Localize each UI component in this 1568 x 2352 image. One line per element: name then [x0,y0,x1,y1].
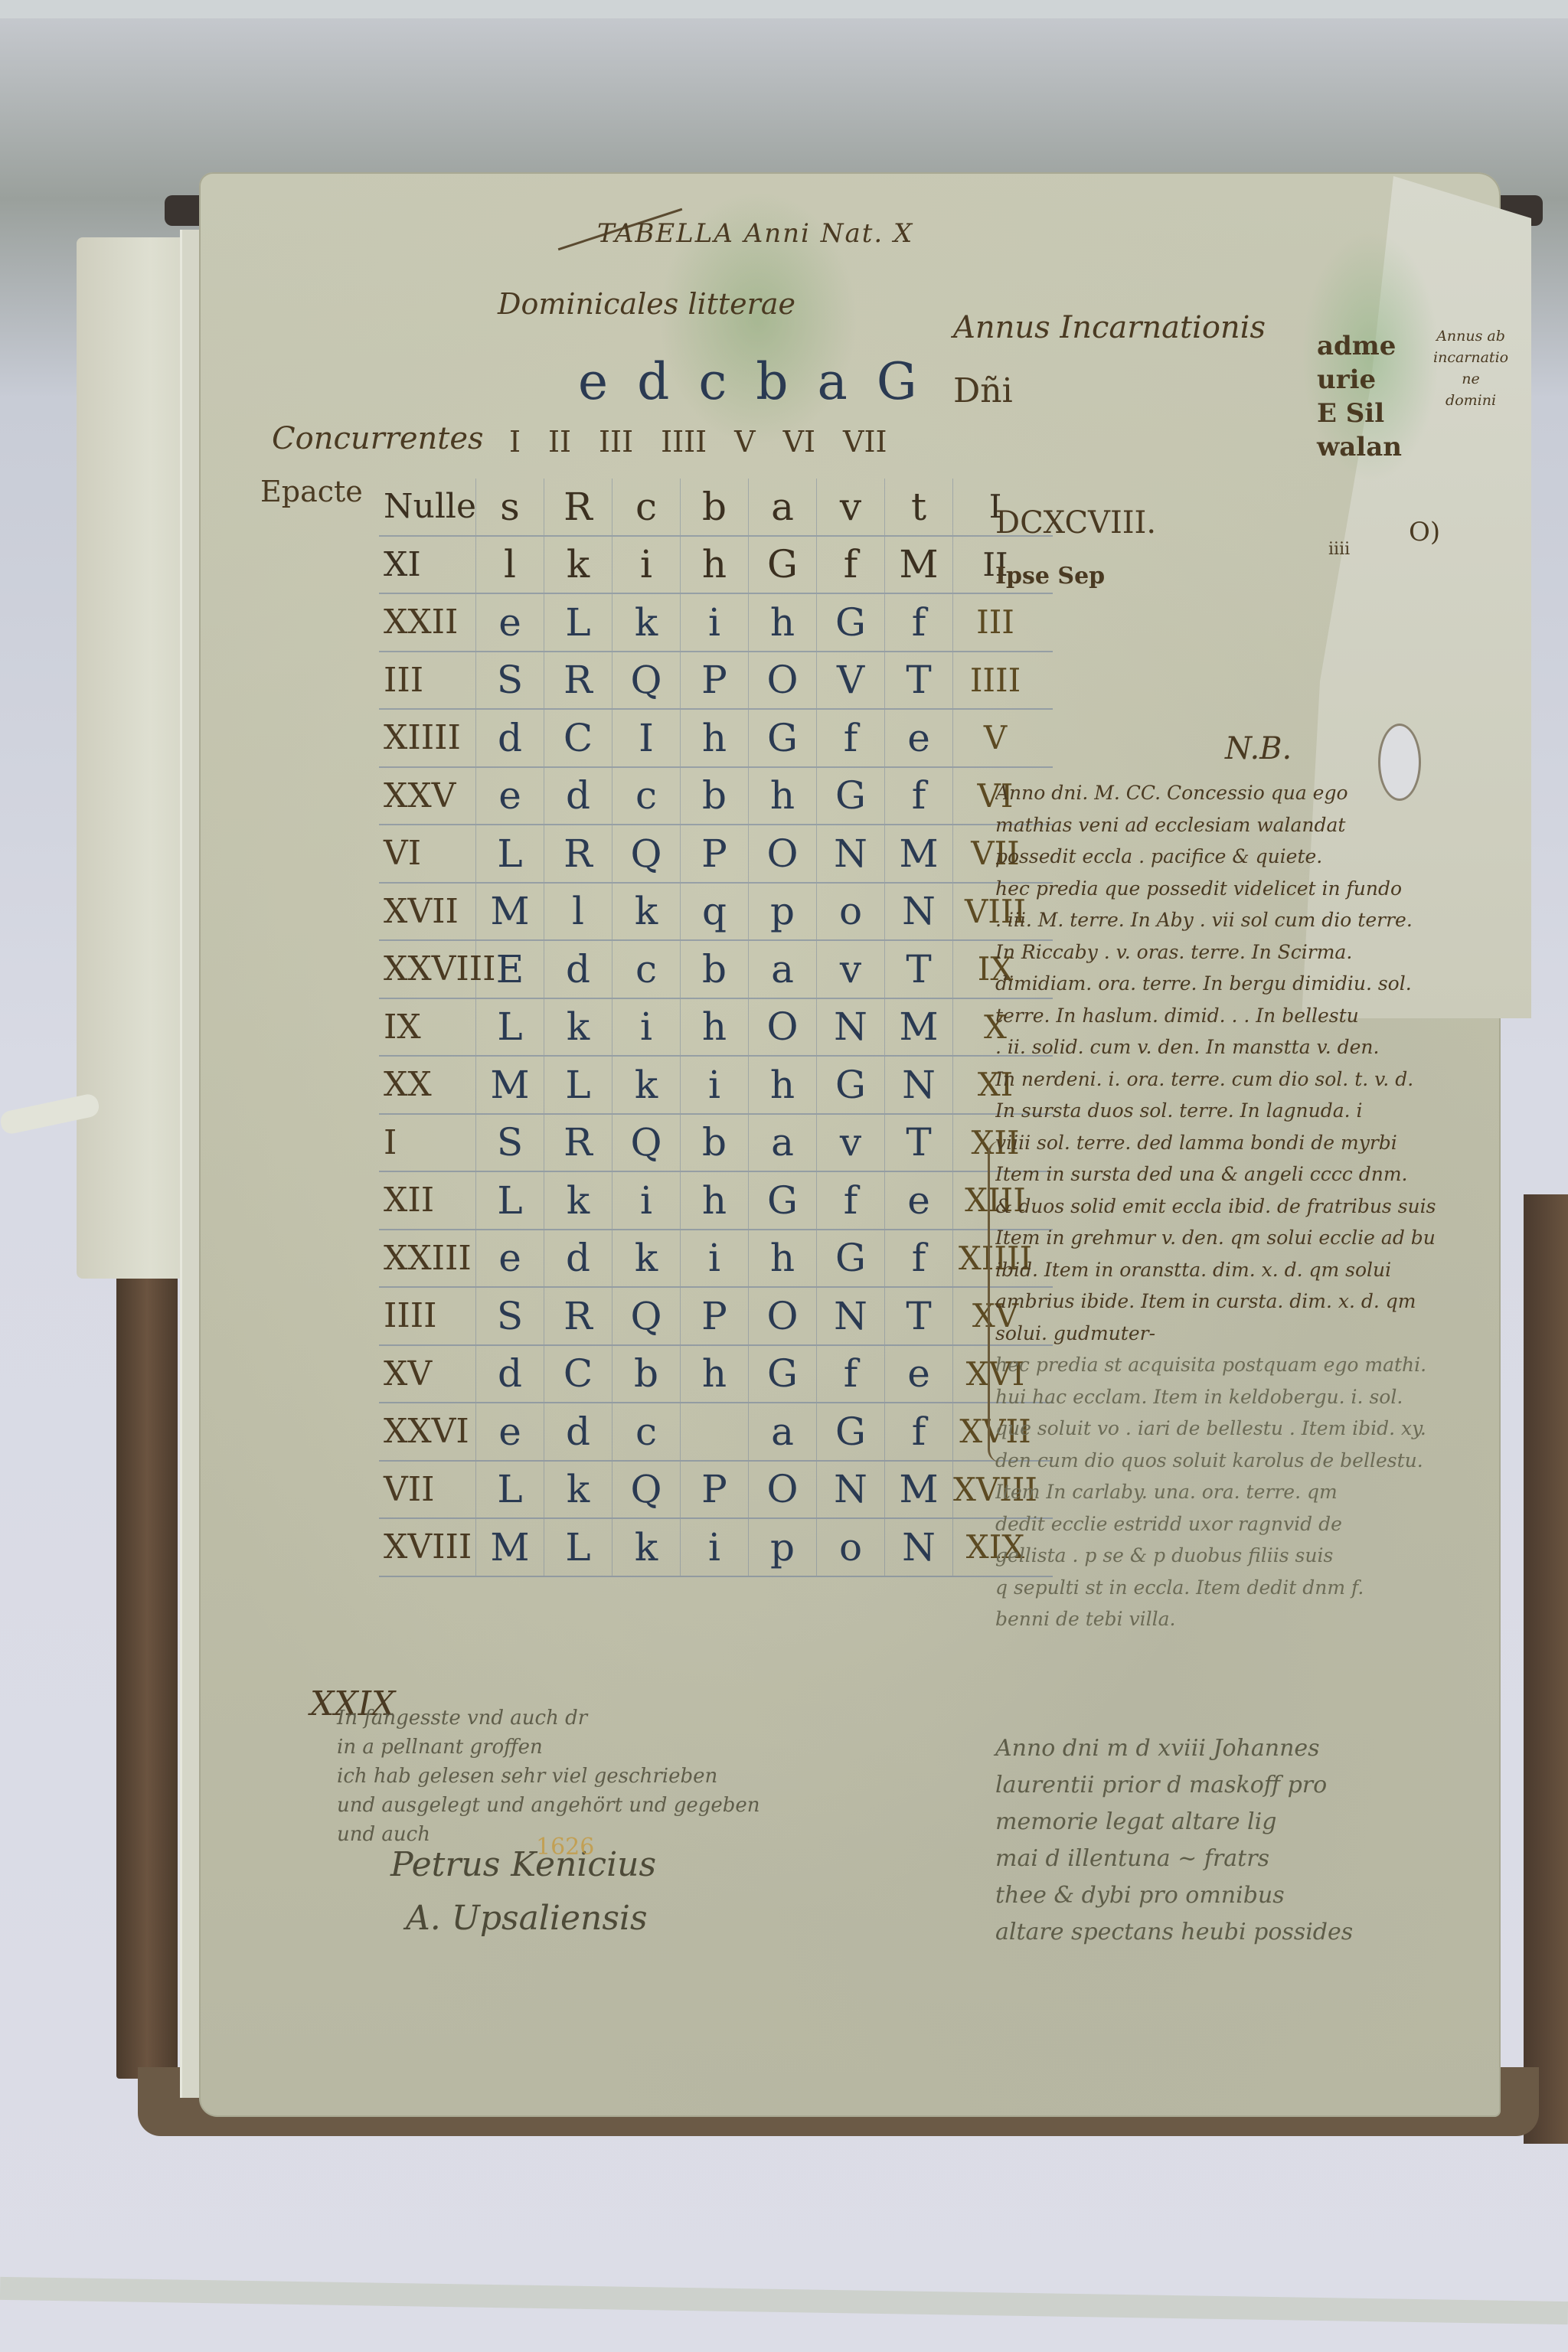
letter-cell: G [749,1346,817,1403]
text-line: . iii. M. terre. In Aby . vii sol cum di… [995,904,1516,936]
letter-cell: a [749,479,817,535]
text-line: Item in grehmur v. den. qm solui ecclie … [995,1222,1516,1254]
cycle-cell: V [953,710,1037,766]
epact-cell: III [379,652,476,709]
text-line: viiii sol. terre. ded lamma bondi de myr… [995,1127,1516,1159]
text-line: laurentii prior d maskoff pro [995,1767,1485,1804]
letter-cell: e [476,594,544,651]
letter-cell: a [749,941,817,998]
text-line: hec predia que possedit videlicet in fun… [995,873,1516,905]
table-row: XXIIIedkihGfXIIII [379,1230,1053,1289]
letter-cell: R [544,1288,612,1344]
letter-cell: f [817,1172,885,1229]
text-line: que soluit vo . iari de bellestu . Item … [995,1413,1516,1445]
letter-cell: d [544,1403,612,1460]
letter-cell: b [681,479,749,535]
letter-cell: M [476,1057,544,1113]
text-line: Item in sursta ded una & angeli cccc dnm… [995,1158,1516,1191]
dominical-letter: e [578,352,608,411]
letter-cell: d [476,1346,544,1403]
letter-cell: k [612,1230,681,1287]
letter-cell: c [612,768,681,825]
table-row: IIISRQPOVTIIII [379,652,1053,710]
table-row: XXMLkihGNXI [379,1057,1053,1115]
letter-cell: T [885,1115,953,1171]
letter-cell: v [817,1115,885,1171]
letter-cell: i [681,594,749,651]
letter-cell: P [681,1288,749,1344]
letter-cell: N [817,999,885,1056]
text-line: benni de tebi villa. [995,1603,1516,1635]
text-line: terre. In haslum. dimid. . . In bellestu [995,1000,1516,1032]
letter-cell: c [612,479,681,535]
table-row: XIlkihGfMII [379,537,1053,595]
letter-cell: o [817,1519,885,1576]
annus-note: Ipse Sep [995,563,1105,590]
letter-cell [681,1403,749,1460]
letter-cell: G [817,768,885,825]
letter-cell: h [681,537,749,593]
annus-incarnationis-label: Annus Incarnationis [953,310,1266,345]
letter-cell: f [817,1346,885,1403]
table-row: ISRQbavTXII [379,1115,1053,1173]
table-row: XXVIIIEdcbavTIX [379,941,1053,999]
letter-cell: p [749,884,817,940]
letter-cell: i [612,999,681,1056]
letter-cell: Q [612,1115,681,1171]
text-line: In Riccaby . v. oras. terre. In Scirma. [995,936,1516,969]
letter-cell: k [612,1519,681,1576]
letter-cell: C [544,710,612,766]
letter-cell: e [476,768,544,825]
letter-cell: h [681,1346,749,1403]
letter-cell: c [612,1403,681,1460]
epact-cell: VI [379,825,476,882]
letter-cell: f [817,537,885,593]
text-line: thee & dybi pro omnibus [995,1877,1485,1914]
letter-cell: G [817,594,885,651]
text-line: und ausgelegt und angehört und gegeben [337,1791,949,1820]
text-line: ibid. Item in oranstta. dim. x. d. qm so… [995,1254,1516,1286]
epact-cell: XXII [379,594,476,651]
letter-cell: L [544,1519,612,1576]
text-line: . ii. solid. cum v. den. In manstta v. d… [995,1031,1516,1063]
book-binding-right [1524,1194,1568,2144]
epact-cell: I [379,1115,476,1171]
letter-cell: f [885,1230,953,1287]
margin-bracket [988,1141,1001,1462]
letter-cell: b [612,1346,681,1403]
text-line: ambrius ibide. Item in cursta. dim. x. d… [995,1285,1516,1318]
text-line: ich hab gelesen sehr viel geschrieben [337,1762,949,1791]
letter-cell: l [544,884,612,940]
background-strip-bottom [0,2277,1568,2324]
letter-cell: O [749,999,817,1056]
letter-cell: p [749,1519,817,1576]
text-line: gellista . p se & p duobus filiis suis [995,1540,1516,1572]
letter-cell: P [681,825,749,882]
text-line: altare spectans heubi possides [995,1914,1485,1951]
flap-small-text: iiii [1328,540,1350,559]
text-line: q sepulti st in eccla. Item dedit dnm f. [995,1572,1516,1604]
letter-cell: c [612,941,681,998]
letter-cell: M [476,884,544,940]
page-title: TABELLA Anni Nat. X [597,218,913,249]
text-line: possedit eccla . pacifice & quiete. [995,841,1516,873]
dominical-letter: G [877,352,917,411]
letter-cell: C [544,1346,612,1403]
letter-cell: N [885,1057,953,1113]
letter-cell: v [817,941,885,998]
letter-cell: b [681,1115,749,1171]
text-line: In nerdeni. i. ora. terre. cum dio sol. … [995,1063,1516,1096]
letter-cell: k [544,1462,612,1518]
epact-cell: XVII [379,884,476,940]
letter-cell: L [544,1057,612,1113]
table-row: XXIIeLkihGfIII [379,594,1053,652]
letter-cell: h [681,999,749,1056]
text-line: mai d illentuna ~ fratrs [995,1841,1485,1877]
letter-cell: G [817,1057,885,1113]
letter-cell: i [681,1519,749,1576]
letter-cell: h [749,594,817,651]
table-row: XVdCbhGfeXVI [379,1346,1053,1404]
letter-cell: e [885,1346,953,1403]
letter-cell: d [544,941,612,998]
letter-cell: R [544,1115,612,1171]
letter-cell: O [749,652,817,709]
letter-cell: f [885,1403,953,1460]
epact-cell: XXVI [379,1403,476,1460]
letter-cell: G [749,1172,817,1229]
letter-cell: k [544,999,612,1056]
letter-cell: e [476,1403,544,1460]
letter-cell: O [749,1462,817,1518]
text-line: dimidiam. ora. terre. In bergu dimidiu. … [995,968,1516,1000]
text-line: in a pellnant groffen [337,1733,949,1762]
letter-cell: k [544,1172,612,1229]
table-row: VILRQPONMVII [379,825,1053,884]
table-row: XVIIMlkqpoNVIII [379,884,1053,942]
letter-cell: R [544,652,612,709]
letter-cell: G [749,710,817,766]
letter-cell: M [885,825,953,882]
table-row: VIILkQPONMXVIII [379,1462,1053,1520]
letter-cell: q [681,884,749,940]
table-row: IXLkihONMX [379,999,1053,1057]
text-line: Anno dni m d xviii Johannes [995,1730,1485,1767]
cycle-cell: III [953,594,1037,651]
letter-cell: h [681,710,749,766]
table-row: XIIIIdCIhGfeV [379,710,1053,768]
letter-cell: f [885,594,953,651]
letter-cell: L [476,825,544,882]
letter-cell: h [749,1057,817,1113]
table-row: XIILkihGfeXIII [379,1172,1053,1230]
letter-cell: d [544,1230,612,1287]
letter-cell: k [612,1057,681,1113]
epact-cell: XXVIII [379,941,476,998]
letter-cell: L [476,1462,544,1518]
book-binding-spine [116,1152,178,2079]
letter-cell: N [817,1462,885,1518]
letter-cell: S [476,1115,544,1171]
letter-cell: Q [612,652,681,709]
letter-cell: M [885,537,953,593]
epacte-label: Epacte [260,475,363,508]
letter-cell: k [612,884,681,940]
letter-cell: i [612,537,681,593]
cycle-cell: IIII [953,652,1037,709]
letter-cell: d [476,710,544,766]
flap-note: Annus ab incarnatio ne domini [1433,325,1508,411]
text-line: hui hac ecclam. Item in keldobergu. i. s… [995,1381,1516,1413]
letter-cell: k [544,537,612,593]
easter-table: NullesRcbavtIXIlkihGfMIIXXIIeLkihGfIIIII… [379,479,1053,1577]
letter-cell: T [885,1288,953,1344]
letter-cell: M [885,999,953,1056]
dominical-letter: a [818,352,848,411]
dni-label: Dñi [953,371,1013,410]
charter-text: Anno dni. M. CC. Concessio qua egomathia… [995,777,1516,1635]
letter-cell: Q [612,1288,681,1344]
letter-cell: Q [612,1462,681,1518]
letter-cell: G [749,537,817,593]
later-note: Anno dni m d xviii Johanneslaurentii pri… [995,1730,1485,1951]
bottom-notes: In fangesste vnd auch drin a pellnant gr… [337,1704,949,1849]
letter-cell: T [885,652,953,709]
text-line: mathias veni ad ecclesiam walandat [995,809,1516,841]
letter-cell: i [681,1057,749,1113]
letter-cell: i [612,1172,681,1229]
signature-name: Petrus Kenicius [390,1845,656,1884]
text-line: den cum dio quos soluit karolus de belle… [995,1445,1516,1477]
table-row: XVIIIMLkipoNXIX [379,1519,1053,1577]
table-row: XXVedcbhGfVI [379,768,1053,826]
text-line: dedit ecclie estridd uxor ragnvid de [995,1508,1516,1540]
epact-cell: XII [379,1172,476,1229]
letter-cell: R [544,479,612,535]
letter-cell: R [544,825,612,882]
letter-cell: i [681,1230,749,1287]
letter-cell: h [749,768,817,825]
letter-cell: l [476,537,544,593]
dominical-letter: d [637,352,669,411]
letter-cell: M [885,1462,953,1518]
text-line: In fangesste vnd auch dr [337,1704,949,1733]
letter-cell: N [817,1288,885,1344]
dominical-letter: c [698,352,727,411]
epact-cell: XXV [379,768,476,825]
letter-cell: b [681,941,749,998]
signature-year: 1626 [536,1834,594,1860]
letter-cell: G [817,1403,885,1460]
letter-cell: d [544,768,612,825]
letter-cell: S [476,1288,544,1344]
letter-cell: k [612,594,681,651]
letter-cell: G [817,1230,885,1287]
letter-cell: S [476,652,544,709]
letter-cell: f [885,768,953,825]
letter-cell: e [885,710,953,766]
letter-cell: P [681,1462,749,1518]
letter-cell: t [885,479,953,535]
text-line: hec predia st acquisita postquam ego mat… [995,1349,1516,1381]
letter-cell: O [749,1288,817,1344]
letter-cell: L [544,594,612,651]
text-line: & duos solid emit eccla ibid. de fratrib… [995,1191,1516,1223]
epact-cell: IX [379,999,476,1056]
letter-cell: a [749,1115,817,1171]
dominical-letters-label: Dominicales litterae [498,287,795,321]
letter-cell: o [817,884,885,940]
concurrentes-row: I II III IIII V VI VII [509,425,887,459]
letter-cell: h [749,1230,817,1287]
letter-cell: f [817,710,885,766]
annus-entry: DCXCVIII. [995,505,1156,541]
letter-cell: s [476,479,544,535]
letter-cell: v [817,479,885,535]
epact-cell: XXIII [379,1230,476,1287]
letter-cell: L [476,1172,544,1229]
letter-cell: b [681,768,749,825]
epact-cell: XX [379,1057,476,1113]
letter-cell: T [885,941,953,998]
letter-cell: N [885,1519,953,1576]
epact-cell: VII [379,1462,476,1518]
text-line: solui. gudmuter- [995,1318,1516,1350]
concurrentes-label: Concurrentes [272,421,484,456]
dominical-letters-row: e d c b a G [578,352,917,411]
epact-cell: XI [379,537,476,593]
flap-marker: O) [1409,517,1440,547]
letter-cell: N [885,884,953,940]
letter-cell: E [476,941,544,998]
text-line: In sursta duos sol. terre. In lagnuda. i [995,1095,1516,1127]
letter-cell: I [612,710,681,766]
letter-cell: M [476,1519,544,1576]
table-row: IIIISRQPONTXV [379,1288,1053,1346]
letter-cell: P [681,652,749,709]
signature-title: A. Upsaliensis [406,1899,648,1938]
text-line: memorie legat altare lig [995,1804,1485,1841]
letter-cell: a [749,1403,817,1460]
letter-cell: e [885,1172,953,1229]
letter-cell: V [817,652,885,709]
epact-cell: XVIII [379,1519,476,1576]
background-strip-top [0,0,1568,18]
letter-cell: O [749,825,817,882]
letter-cell: h [681,1172,749,1229]
dominical-letter: b [756,352,788,411]
epact-cell: XIIII [379,710,476,766]
epact-cell: Nulle [379,479,476,535]
text-line: Item In carlaby. una. ora. terre. qm [995,1476,1516,1508]
text-line: Anno dni. M. CC. Concessio qua ego [995,777,1516,809]
table-row: XXVIedcaGfXVII [379,1403,1053,1462]
epact-cell: IIII [379,1288,476,1344]
letter-cell: Q [612,825,681,882]
nota-bene-mark: N.B. [1225,731,1292,766]
letter-cell: N [817,825,885,882]
letter-cell: L [476,999,544,1056]
epact-cell: XV [379,1346,476,1403]
table-row: NullesRcbavtI [379,479,1053,537]
flap-text: adme urie E Sil walan [1317,329,1402,464]
letter-cell: e [476,1230,544,1287]
